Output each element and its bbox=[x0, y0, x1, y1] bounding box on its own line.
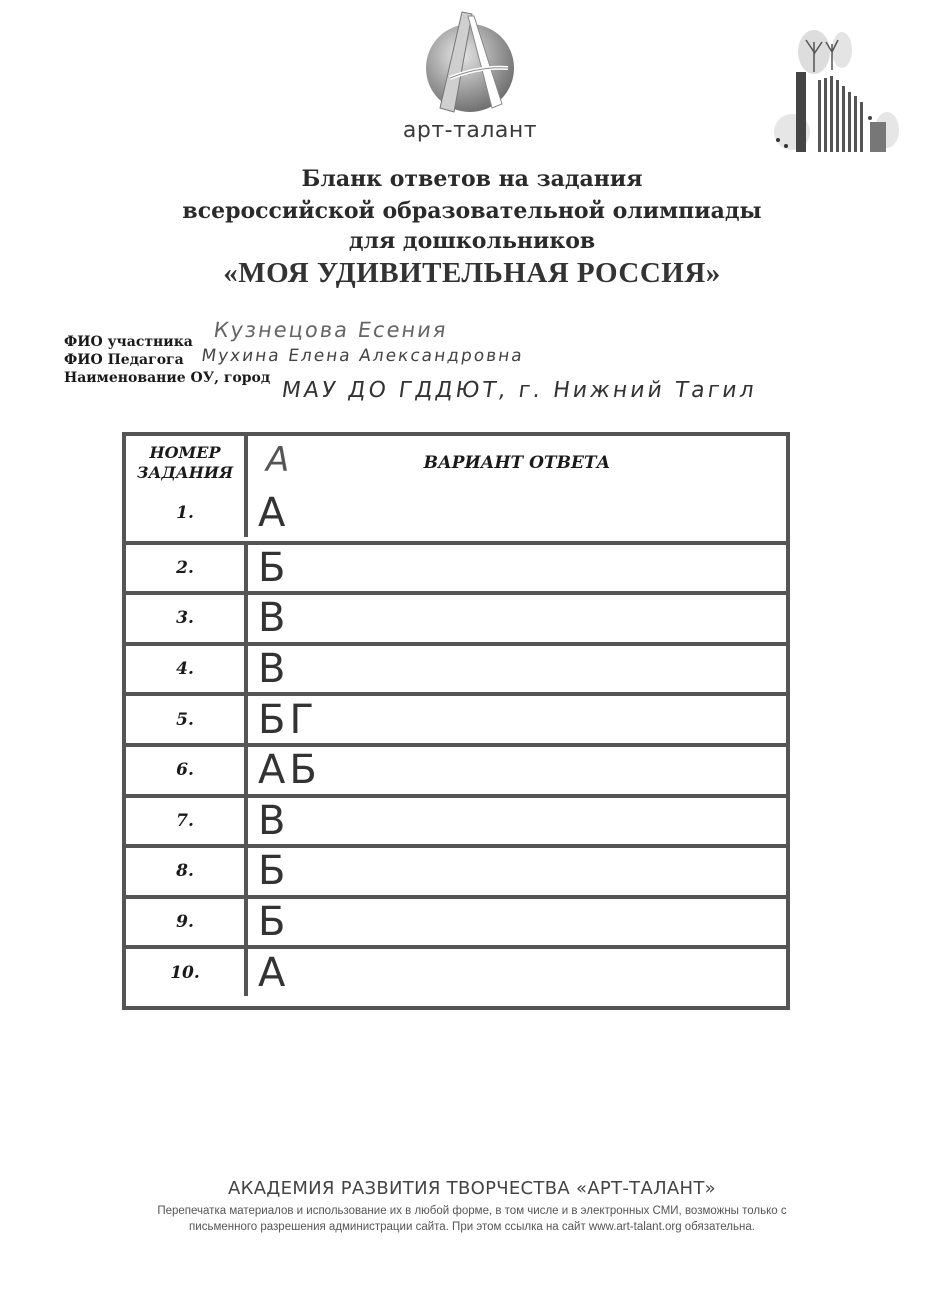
handwritten-answer: В bbox=[258, 598, 289, 638]
teacher-name-field[interactable]: Мухина Елена Александровна bbox=[200, 346, 525, 366]
winter-trees-illustration bbox=[752, 22, 902, 154]
header-answer-variant: А ВАРИАНТ ОТВЕТА bbox=[248, 436, 786, 490]
task-number: 9. bbox=[126, 899, 248, 946]
answer-cell[interactable]: АБ bbox=[248, 747, 786, 794]
participant-name-field[interactable]: Кузнецова Есения bbox=[212, 318, 449, 342]
handwritten-answer: В bbox=[258, 801, 289, 841]
handwritten-answer: Б bbox=[258, 548, 289, 588]
header-scribble: А bbox=[266, 443, 293, 477]
winter-trees-icon bbox=[752, 22, 902, 154]
task-number: 7. bbox=[126, 798, 248, 845]
form-title-line-3: для дошкольников bbox=[0, 228, 944, 254]
answer-cell[interactable]: В bbox=[248, 646, 786, 693]
copyright-notice-line-2: письменного разрешения администрации сай… bbox=[0, 1219, 944, 1235]
task-number: 10. bbox=[126, 949, 248, 996]
school-city-field[interactable]: МАУ ДО ГДДЮТ, г. Нижний Тагил bbox=[280, 378, 758, 403]
handwritten-answer: А bbox=[258, 953, 289, 993]
handwritten-answer: БГ bbox=[258, 700, 318, 740]
form-title-line-1: Бланк ответов на задания bbox=[0, 166, 944, 192]
answer-cell[interactable]: Б bbox=[248, 545, 786, 592]
header-number-line-2: ЗАДАНИЯ bbox=[137, 463, 233, 483]
header-number-line-1: НОМЕР bbox=[150, 443, 221, 463]
task-number: 8. bbox=[126, 848, 248, 895]
answer-cell[interactable]: БГ bbox=[248, 696, 786, 743]
answer-cell[interactable]: А bbox=[248, 949, 786, 996]
table-row: 4.В bbox=[126, 642, 786, 693]
stylized-letter-a-in-circle-icon bbox=[410, 8, 530, 120]
brand-name: арт-талант bbox=[380, 118, 560, 143]
task-number: 6. bbox=[126, 747, 248, 794]
answer-cell[interactable]: А bbox=[248, 490, 786, 537]
table-row: 9.Б bbox=[126, 895, 786, 946]
answer-cell[interactable]: Б bbox=[248, 848, 786, 895]
copyright-notice: Перепечатка материалов и использование и… bbox=[0, 1203, 944, 1235]
form-title-line-2: всероссийской образовательной олимпиады bbox=[0, 198, 944, 224]
header-answer-label: ВАРИАНТ ОТВЕТА bbox=[424, 453, 611, 473]
handwritten-answer: Б bbox=[258, 902, 289, 942]
task-number: 3. bbox=[126, 595, 248, 642]
handwritten-answer: Б bbox=[258, 851, 289, 891]
table-row: 8.Б bbox=[126, 844, 786, 895]
olympiad-name: «МОЯ УДИВИТЕЛЬНАЯ РОССИЯ» bbox=[0, 257, 944, 290]
answer-cell[interactable]: В bbox=[248, 595, 786, 642]
handwritten-answer: АБ bbox=[258, 750, 321, 790]
academy-name: АКАДЕМИЯ РАЗВИТИЯ ТВОРЧЕСТВА «АРТ-ТАЛАНТ… bbox=[0, 1178, 944, 1199]
handwritten-answer: А bbox=[258, 493, 289, 533]
header-task-number: НОМЕР ЗАДАНИЯ bbox=[126, 436, 248, 490]
handwritten-answer: В bbox=[258, 649, 289, 689]
answer-cell[interactable]: В bbox=[248, 798, 786, 845]
participant-name-label: ФИО участника bbox=[64, 334, 193, 350]
copyright-notice-line-1: Перепечатка материалов и использование и… bbox=[0, 1203, 944, 1219]
table-row: 1.А bbox=[126, 490, 786, 537]
table-row: 6.АБ bbox=[126, 743, 786, 794]
table-row: 10.А bbox=[126, 945, 786, 996]
answer-cell[interactable]: Б bbox=[248, 899, 786, 946]
task-number: 1. bbox=[126, 490, 248, 537]
task-number: 2. bbox=[126, 545, 248, 592]
table-row: 7.В bbox=[126, 794, 786, 845]
table-row: 3.В bbox=[126, 591, 786, 642]
table-header-row: НОМЕР ЗАДАНИЯ А ВАРИАНТ ОТВЕТА bbox=[126, 436, 786, 490]
teacher-name-label: ФИО Педагога bbox=[64, 352, 184, 368]
school-city-label: Наименование ОУ, город bbox=[64, 370, 270, 386]
task-number: 5. bbox=[126, 696, 248, 743]
table-row: 2.Б bbox=[126, 541, 786, 592]
table-row: 5.БГ bbox=[126, 692, 786, 743]
answer-table: НОМЕР ЗАДАНИЯ А ВАРИАНТ ОТВЕТА 1.А2.Б3.В… bbox=[122, 432, 790, 1010]
task-number: 4. bbox=[126, 646, 248, 693]
art-talant-logo bbox=[410, 8, 530, 120]
